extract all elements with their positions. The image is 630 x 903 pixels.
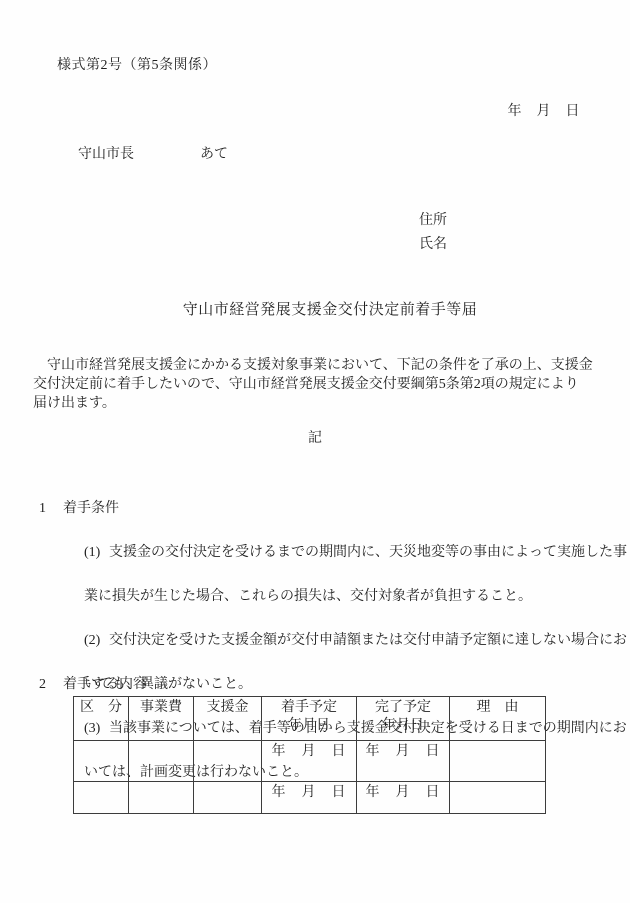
item-text: 業に損失が生じた場合、これらの損失は、交付対象者が負担すること。 <box>39 586 627 608</box>
addressee-suffix: あて <box>200 147 228 162</box>
contents-table: 区 分 事業費 支援金 着手予定 年月日 完了予定 年月日 理 由 年 月 日 … <box>73 696 546 814</box>
col-header-label: 着手予定 <box>264 699 354 717</box>
cell-completion-date-placeholder: 年 月 日 <box>357 741 450 782</box>
col-header-completion-date: 完了予定 年月日 <box>357 697 450 741</box>
cell-reason-empty <box>450 741 546 782</box>
col-header-reason: 理 由 <box>450 697 546 741</box>
addressee-name: 守山市長 <box>78 147 134 162</box>
col-header-category: 区 分 <box>74 697 129 741</box>
item-marker: (2) <box>84 630 109 652</box>
section-title: 着手する内容 <box>63 677 147 692</box>
col-header-label2: 年月日 <box>359 717 447 735</box>
cell-reason-empty <box>450 782 546 814</box>
body-line: 届け出ます。 <box>33 394 593 413</box>
table-row: 年 月 日 年 月 日 <box>74 741 546 782</box>
body-line: 守山市経営発展支援金にかかる支援対象事業において、下記の条件を了承の上、支援金 <box>33 356 593 375</box>
item-text: 支援金の交付決定を受けるまでの期間内に、天災地変等の事由によって実施した事 <box>109 545 627 560</box>
col-header-label: 事業費 <box>131 699 191 717</box>
section-title: 着手条件 <box>63 501 119 516</box>
condition-item: (1)支援金の交付決定を受けるまでの期間内に、天災地変等の事由によって実施した事 <box>39 520 627 586</box>
col-header-label: 理 由 <box>452 699 543 717</box>
cell-category-empty <box>74 741 129 782</box>
section-heading: 2着手する内容 <box>39 674 147 696</box>
col-header-label: 支援金 <box>196 699 259 717</box>
table-row: 年 月 日 年 月 日 <box>74 782 546 814</box>
cell-category-empty <box>74 782 129 814</box>
document-page: 様式第2号（第5条関係） 年 月 日 守山市長あて 住所 氏名 守山市経営発展支… <box>0 0 630 903</box>
col-header-label: 完了予定 <box>359 699 447 717</box>
addressee-line: 守山市長あて <box>78 143 228 163</box>
section-heading: 1着手条件 <box>39 498 627 520</box>
sender-name-label: 氏名 <box>419 233 447 257</box>
cell-cost-empty <box>129 782 194 814</box>
item-text: 交付決定を受けた支援金額が交付申請額または交付申請予定額に達しない場合にお <box>109 633 627 648</box>
section-number: 2 <box>39 674 63 696</box>
item-marker: (1) <box>84 542 109 564</box>
col-header-label: 区 分 <box>76 699 126 717</box>
cell-subsidy-empty <box>194 782 262 814</box>
table-header-row: 区 分 事業費 支援金 着手予定 年月日 完了予定 年月日 理 由 <box>74 697 546 741</box>
cell-start-date-placeholder: 年 月 日 <box>262 782 357 814</box>
col-header-project-cost: 事業費 <box>129 697 194 741</box>
sender-address-label: 住所 <box>419 209 447 233</box>
cell-start-date-placeholder: 年 月 日 <box>262 741 357 782</box>
cell-completion-date-placeholder: 年 月 日 <box>357 782 450 814</box>
section-contents: 2着手する内容 <box>39 674 147 696</box>
document-title: 守山市経営発展支援金交付決定前着手等届 <box>15 300 630 320</box>
cell-subsidy-empty <box>194 741 262 782</box>
col-header-label2: 年月日 <box>264 717 354 735</box>
section-number: 1 <box>39 498 63 520</box>
form-number: 様式第2号（第5条関係） <box>57 54 217 74</box>
body-line: 交付決定前に着手したいので、守山市経営発展支援金交付要綱第5条第2項の規定により <box>33 375 593 394</box>
cell-cost-empty <box>129 741 194 782</box>
date-line: 年 月 日 <box>508 100 581 120</box>
ki-marker: 記 <box>0 429 630 449</box>
col-header-subsidy: 支援金 <box>194 697 262 741</box>
sender-block: 住所 氏名 <box>419 209 447 257</box>
condition-item: (2)交付決定を受けた支援金額が交付申請額または交付申請予定額に達しない場合にお <box>39 608 627 674</box>
col-header-start-date: 着手予定 年月日 <box>262 697 357 741</box>
body-paragraph: 守山市経営発展支援金にかかる支援対象事業において、下記の条件を了承の上、支援金 … <box>33 356 593 413</box>
